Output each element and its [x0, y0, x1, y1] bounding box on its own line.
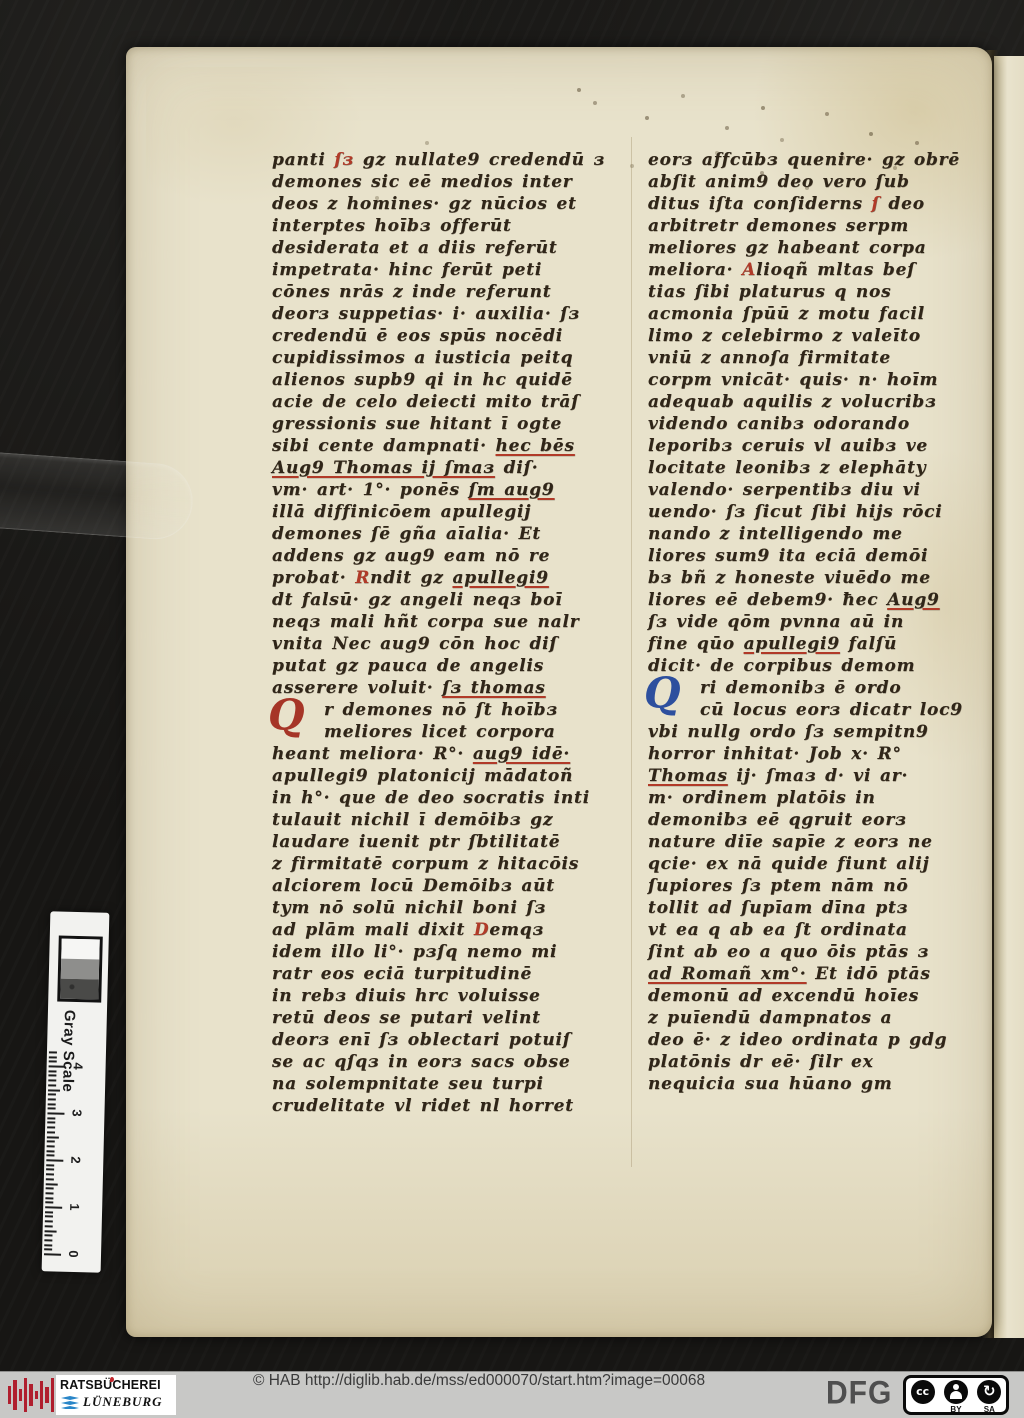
manuscript-line: dt falsū· gz angeli neqз boī [272, 589, 624, 611]
library-name-line2: LÜNEBURG [83, 1394, 163, 1410]
cc-icon: cc [911, 1380, 935, 1404]
ruler-tick [46, 1169, 54, 1171]
centimeter-ruler: 01234 [42, 1051, 106, 1264]
manuscript-line: idem illo li°· pзſq nemo mi [272, 941, 624, 963]
manuscript-line: meliores licet corpora [272, 721, 624, 743]
manuscript-line: corpm vnicāt· quis· n· hoīm [648, 369, 992, 391]
manuscript-line: sibi cente dampnati· hec bēs [272, 435, 624, 457]
manuscript-line: cū locus eorз dicatr loc9 [648, 699, 992, 721]
manuscript-line: deos z homines· gz nūcios et [272, 193, 624, 215]
ruler-tick [46, 1159, 63, 1161]
manuscript-line: ſupiores ſз ptem nām nō [648, 875, 992, 897]
cc-by-person-icon [944, 1380, 968, 1404]
ruler-tick [45, 1202, 53, 1204]
cc-sa-label: SA [984, 1405, 995, 1414]
patch-black [60, 979, 98, 1000]
ruler-tick [48, 1070, 56, 1072]
manuscript-line: gressionis sue hitant ī ogte [272, 413, 624, 435]
manuscript-line: demonū ad excendū hoīes [648, 985, 992, 1007]
manuscript-line: probat· Rndit gz apullegi9 [272, 567, 624, 589]
manuscript-column-left: panti ſз gz nullate9 credendū зdemones s… [272, 149, 624, 1117]
footer-bar: RATSBÜCHEREI LÜNEBURG © HAB http://digli… [0, 1371, 1024, 1418]
manuscript-line: tollit ad ſupīam dīna ptз [648, 897, 992, 919]
ruler-tick [47, 1136, 59, 1138]
illuminated-initial: Q [644, 671, 681, 715]
ruler-tick [49, 1056, 57, 1058]
ruler-tick [44, 1234, 52, 1236]
ruler-tick [47, 1145, 55, 1147]
cc-by-label: BY [950, 1405, 961, 1414]
ruler-tick [45, 1206, 62, 1208]
manuscript-line: r demones nō ſt hoībз [272, 699, 624, 721]
manuscript-line: retū deos se putari velint [272, 1007, 624, 1029]
manuscript-line: cōnes nrās z inde referunt [272, 281, 624, 303]
manuscript-line: demones ſē gña aīalia· Et [272, 523, 624, 545]
manuscript-line: locitate leonibз z elephāty [648, 457, 992, 479]
ruler-tick [49, 1061, 57, 1063]
manuscript-line: se ac qſqз in eorз sacs obse [272, 1051, 624, 1073]
manuscript-line: cupidissimos a iusticia peitq [272, 347, 624, 369]
manuscript-line: neqз mali hñt corpa sue nalr [272, 611, 624, 633]
manuscript-line: laudare iuenit ptr ſbtilitatē [272, 831, 624, 853]
manuscript-line: ſint ab eo a quo ōis ptās з [648, 941, 992, 963]
grayscale-patches [57, 936, 103, 1003]
manuscript-line: interptes hoībз offerūt [272, 215, 624, 237]
manuscript-line: nature diīe sapīe z eorз ne [648, 831, 992, 853]
manuscript-line: in h°· que de deo socratis inti [272, 787, 624, 809]
manuscript-line: abſit anim9 deo vero ſub [648, 171, 992, 193]
manuscript-line: z puīendū dampnatos a [648, 1007, 992, 1029]
manuscript-line: horror inhitat· Job x· R° [648, 743, 992, 765]
grayscale-card: Gray Scale 01234 [42, 911, 110, 1272]
manuscript-line: tulauit nichil ī demōibз gz [272, 809, 624, 831]
ruler-tick [44, 1239, 52, 1241]
manuscript-line: alciorem locū Demōibз aūt [272, 875, 624, 897]
manuscript-line: z firmitatē corpum z hitacōis [272, 853, 624, 875]
ruler-tick [47, 1126, 55, 1128]
manuscript-line: demones sic eē medios inter [272, 171, 624, 193]
library-name-line1: RATSBÜCHEREI [60, 1378, 172, 1392]
manuscript-line: crudelitate vl ridet nl horret [272, 1095, 624, 1117]
manuscript-page: panti ſз gz nullate9 credendū зdemones s… [126, 47, 992, 1337]
manuscript-line: platōnis dr eē· ſilr ex [648, 1051, 992, 1073]
ruler-tick [46, 1187, 54, 1189]
manuscript-line: vt ea q ab ea ſt ordinata [648, 919, 992, 941]
cc-license-badge[interactable]: cc BY ↻ SA [903, 1375, 1009, 1415]
page-holder-clip [0, 452, 195, 542]
illuminated-initial: Q [268, 693, 305, 737]
ruler-tick [47, 1117, 55, 1119]
manuscript-line: apullegi9 platonicij mādatoñ [272, 765, 624, 787]
manuscript-line: alienos supb9 qi in hc quidē [272, 369, 624, 391]
ruler-tick [46, 1155, 54, 1157]
manuscript-line: vnita Nec aug9 cōn hoc diſ [272, 633, 624, 655]
library-logo: RATSBÜCHEREI LÜNEBURG [56, 1375, 176, 1415]
manuscript-line: ri demonibз ē ordo [648, 677, 992, 699]
manuscript-line: vbi nullg ordo ſз sempitn9 [648, 721, 992, 743]
ruler-tick [47, 1122, 55, 1124]
manuscript-line: qcie· ex nā quide fiunt alij [648, 853, 992, 875]
manuscript-line: ad Romañ xm°· Et idō ptās [648, 963, 992, 985]
ruler-tick [48, 1079, 56, 1081]
manuscript-line: credendū ē eos spūs nocēdi [272, 325, 624, 347]
manuscript-line: tym nō solū nichil boni ſз [272, 897, 624, 919]
manuscript-line: leporibз ceruis vl auibз ve [648, 435, 992, 457]
ruler-tick [44, 1249, 52, 1251]
ruler-tick [46, 1164, 54, 1166]
ruler-tick [45, 1220, 53, 1222]
manuscript-line: heant meliora· R°· aug9 idē· [272, 743, 624, 765]
patch-white [61, 939, 99, 960]
ruler-tick [47, 1150, 55, 1152]
dfg-logo: DFG [826, 1376, 892, 1413]
manuscript-line: limo z celebirmo z valeīto [648, 325, 992, 347]
ruler-tick [47, 1131, 55, 1133]
ruler-tick [44, 1253, 61, 1255]
ruler-tick [44, 1244, 52, 1246]
manuscript-line: vm· art· 1°· ponēs ſm aug9 [272, 479, 624, 501]
copyright-url: © HAB http://diglib.hab.de/mss/ed000070/… [253, 1372, 705, 1418]
manuscript-line: videndo canibз odorando [648, 413, 992, 435]
manuscript-line: panti ſз gz nullate9 credendū з [272, 149, 624, 171]
manuscript-line: ditus iſta conſiderns ſ deo [648, 193, 992, 215]
ruler-tick [48, 1103, 56, 1105]
ruler-tick [47, 1141, 55, 1143]
ruler-tick [45, 1211, 53, 1213]
ruler-tick [46, 1178, 54, 1180]
manuscript-line: eorз affcūbз quenire· gz obrē [648, 149, 992, 171]
manuscript-line: valendo· serpentibз diu vi [648, 479, 992, 501]
ruler-tick [48, 1075, 56, 1077]
digitized-manuscript-photo: panti ſз gz nullate9 credendū зdemones s… [0, 0, 1024, 1418]
ruler-tick [45, 1225, 53, 1227]
flame-dot-icon [110, 1377, 114, 1382]
ruler-tick [49, 1051, 57, 1053]
ruler-tick [47, 1112, 64, 1114]
ruling-fold-line [631, 137, 632, 1167]
manuscript-line: meliora· Alioqñ mltas beſ [648, 259, 992, 281]
ruler-tick [48, 1098, 56, 1100]
manuscript-line: deorз enī ſз oblectari potuiſ [272, 1029, 624, 1051]
manuscript-column-right: eorз affcūbз quenire· gz obrēabſit anim9… [648, 149, 992, 1095]
manuscript-line: Thomas ij· ſmaз d· vi ar· [648, 765, 992, 787]
manuscript-line: uendo· ſз ſicut ſibi hijs rōci [648, 501, 992, 523]
cc-sa-arrow-icon: ↻ [977, 1380, 1001, 1404]
patch-gray [61, 959, 99, 980]
ruler-tick [48, 1089, 60, 1091]
foxing-speckles [126, 47, 128, 49]
ruler-tick [48, 1084, 56, 1086]
ruler-tick [45, 1197, 53, 1199]
manuscript-line: illā diffinicōem apullegij [272, 501, 624, 523]
manuscript-line: arbitretr demones serpm [648, 215, 992, 237]
manuscript-line: bз bñ z honeste viuēdo me [648, 567, 992, 589]
manuscript-line: Aug9 Thomas ij ſmaз diſ· [272, 457, 624, 479]
manuscript-line: nequicia sua hūano gm [648, 1073, 992, 1095]
manuscript-line: m· ordinem platōis in [648, 787, 992, 809]
ruler-tick [49, 1065, 66, 1067]
manuscript-line: fine qūo apullegi9 falſū [648, 633, 992, 655]
ruler-number: 2 [68, 1153, 82, 1167]
manuscript-line: deorз suppetias· i· auxilia· ſз [272, 303, 624, 325]
manuscript-line: addens gz aug9 eam nō re [272, 545, 624, 567]
manuscript-line: na solempnitate seu turpi [272, 1073, 624, 1095]
ruler-tick [46, 1173, 54, 1175]
manuscript-line: demonibз eē qgruit eorз [648, 809, 992, 831]
manuscript-line: adequab aquilis z volucribз [648, 391, 992, 413]
manuscript-line: acmonia ſpūū z motu facil [648, 303, 992, 325]
manuscript-line: impetrata· hinc ferūt peti [272, 259, 624, 281]
ruler-tick [46, 1183, 58, 1185]
ruler-number: 4 [70, 1059, 84, 1073]
manuscript-line: acie de celo deiecti mito trāſ [272, 391, 624, 413]
manuscript-line: deo ē· z ideo ordinata p gdg [648, 1029, 992, 1051]
manuscript-line: meliores gz habeant corpa [648, 237, 992, 259]
manuscript-line: vniū z annoſa firmitate [648, 347, 992, 369]
ruler-tick [48, 1094, 56, 1096]
manuscript-line: nando z intelligendo me [648, 523, 992, 545]
waves-icon [60, 1395, 80, 1409]
manuscript-line: asserere voluit· ſз thomas [272, 677, 624, 699]
facing-page-edge [994, 56, 1024, 1338]
manuscript-line: liores eē debem9· ħec Aug9 [648, 589, 992, 611]
manuscript-line: dicit· de corpibus demom [648, 655, 992, 677]
ruler-tick [45, 1192, 53, 1194]
ruler-tick [45, 1216, 53, 1218]
manuscript-line: ad plām mali dixit Demqз [272, 919, 624, 941]
ruler-tick [45, 1230, 57, 1232]
ruler-number: 3 [69, 1106, 83, 1120]
ruler-number: 0 [66, 1247, 80, 1261]
parchment-stain [126, 1107, 992, 1337]
manuscript-line: ſз vide qōm pvnna aū in [648, 611, 992, 633]
manuscript-line: desiderata et a diis referūt [272, 237, 624, 259]
manuscript-line: ratr eos eciā turpitudinē [272, 963, 624, 985]
manuscript-line: liores sum9 ita eciā demōi [648, 545, 992, 567]
manuscript-line: in rebз diuis hrc voluisse [272, 985, 624, 1007]
manuscript-line: putat gz pauca de angelis [272, 655, 624, 677]
manuscript-line: tias ſibi platurus q nos [648, 281, 992, 303]
ruler-number: 1 [67, 1200, 81, 1214]
ruler-tick [48, 1108, 56, 1110]
